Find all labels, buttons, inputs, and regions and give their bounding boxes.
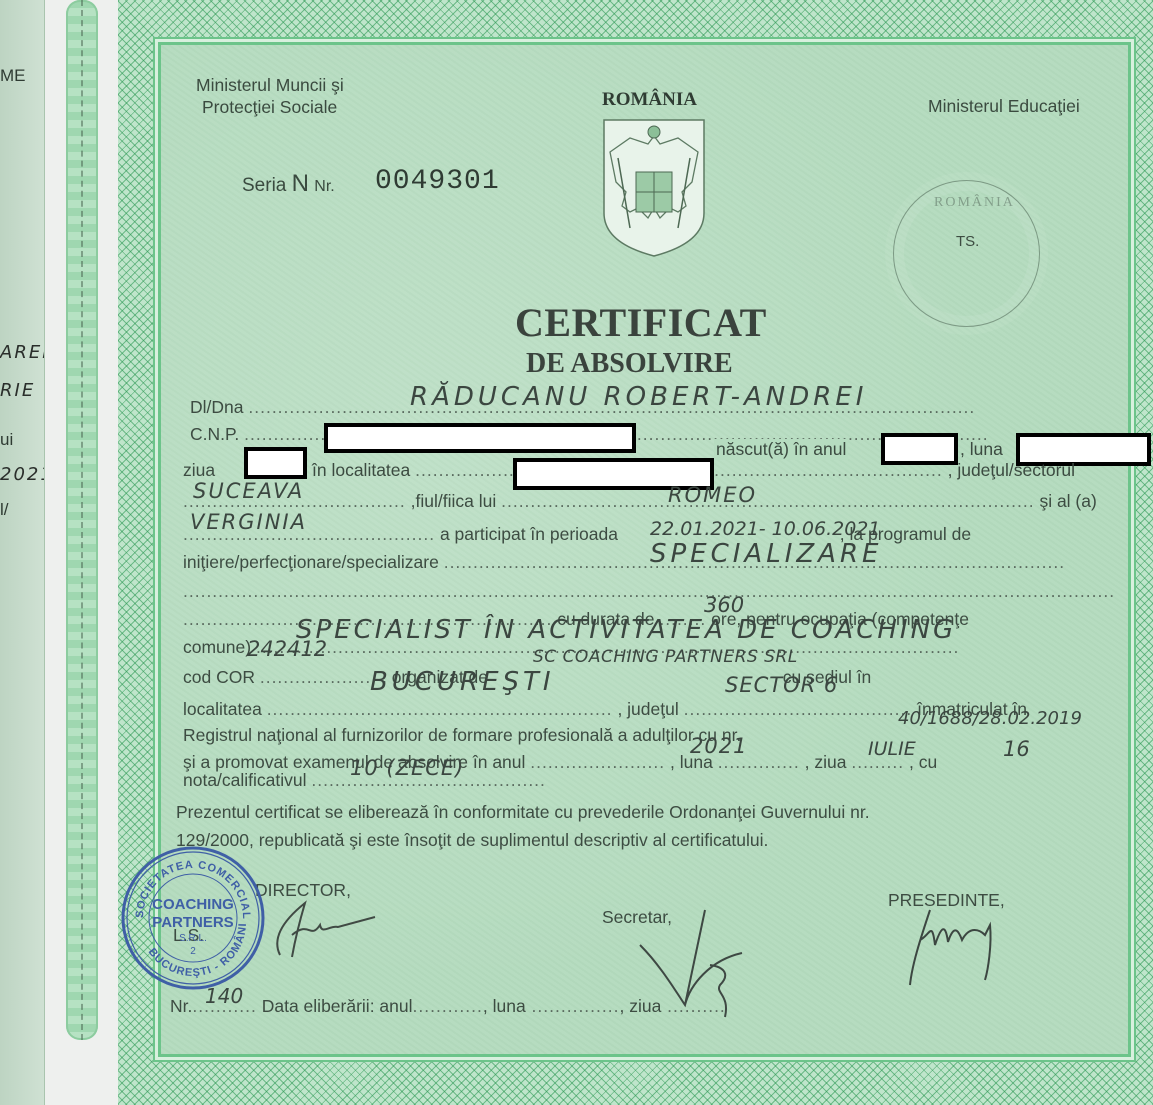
exam-year-value: 2021 [690,734,747,758]
common-label: comune) [183,637,251,657]
legal-line-1: Prezentul certificat se eliberează în co… [176,802,1101,823]
child-of-label: ,fiul/fiica lui [411,491,497,511]
born-year-label: născut(ă) în anul [714,439,848,460]
grade-label: nota/calificativul [183,770,307,790]
row-parents: ...................................... ,… [183,491,1108,512]
cor-value: 242412 [247,637,327,661]
locality-label: în localitatea [312,460,410,480]
occupation-value: SPECIALIST ÎN ACTIVITATEA DE COACHING [296,615,956,645]
father-value: ROMEO [668,483,757,507]
exam-day-label: , ziua [805,752,847,772]
footer-row: Nr............ Data eliberării: anul....… [170,996,726,1017]
fragment-text: l/ [0,500,9,520]
cnp-label: C.N.P. [190,424,239,444]
seal-center-text: TS. [956,233,979,250]
certificate-subtitle: DE ABSOLVIRE [526,348,733,380]
fragment-text: 2021 [0,464,45,485]
ministry-education: Ministerul Educaţiei [928,95,1080,117]
serial-text: Seria [242,175,286,196]
issue-day-label: , ziua [619,996,661,1016]
serial-label: Seria N Nr. [242,170,335,198]
director-signature [250,895,380,965]
ministry-labour-line2: Protecţiei Sociale [196,96,344,118]
name-label: Dl/Dna [190,397,244,417]
stamp-center-line1: COACHING [152,896,234,913]
program-type-value: SPECIALIZARE [650,539,882,569]
company-stamp: SOCIETATEA COMERCIALĂ BUCUREŞTI - ROMÂNI… [118,843,268,993]
issue-month-label: , luna [483,996,526,1016]
county-label: , judeţul/sectorul [948,460,1075,480]
hq-county-label: , judeţul [617,699,678,719]
period-label: a participat în perioada [440,524,618,544]
ministry-labour-line1: Ministerul Muncii şi [196,74,344,96]
coat-of-arms-icon [600,118,708,258]
born-month-label: , luna [960,439,1003,460]
registry-text: Registrul naţional al furnizorilor de fo… [183,725,741,745]
row-grade: nota/calificativul .....................… [183,770,1108,791]
row-period: ........................................… [183,524,1108,545]
cor-label: cod COR [183,667,255,687]
exam-month-value: IULIE [868,738,916,760]
program-type-label: iniţiere/perfecţionare/specializare [183,552,439,572]
fragment-text: ui [0,430,13,450]
fragment-text: AREI [0,342,45,363]
stamp-center-line2: PARTNERS [152,914,233,931]
grade-value: 10 (ZECE) [350,756,464,780]
exam-day-value: 16 [1003,737,1030,761]
serial-nr-label: Nr. [314,178,334,195]
hq-county-value: SECTOR 6 [725,673,838,697]
embossed-seal: ROMÂNIA TS. [893,180,1040,327]
certificate-title: CERTIFICAT [515,299,767,346]
fragment-text: ME [0,66,26,86]
stamp-center-line4: 2 [190,946,196,957]
hq-locality-label: localitatea [183,699,262,719]
ribbon-dashed-line [81,0,83,1040]
president-signature [900,900,1010,990]
mother-value: VERGINIA [190,510,307,534]
row-spacer-dots: ........................................… [183,581,1108,602]
legal-line-2: 129/2000, republicată şi este însoţit de… [176,830,1101,851]
county-value: SUCEAVA [193,479,304,503]
and-of-label: şi al (a) [1039,491,1096,511]
seal-text: ROMÂNIA [934,195,1015,211]
hq-locality-value: BUCUREŞTI [370,667,555,697]
issue-date-label: Data eliberării: anul [262,996,413,1016]
organizer-value: SC COACHING PARTNERS SRL [533,647,798,667]
nr-value: 140 [205,984,243,1008]
duration-value: 360 [704,593,744,617]
adjacent-page-sliver: ME AREI RIE ui 2021 l/ [0,0,45,1105]
nr-label: Nr. [170,996,192,1016]
ministry-labour: Ministerul Muncii şi Protecţiei Sociale [196,74,344,118]
redaction-birth-day [244,447,307,479]
serial-series: N [292,170,309,197]
name-value: RĂDUCANU ROBERT-ANDREI [410,382,867,412]
row-program-type: iniţiere/perfecţionare/specializare ....… [183,552,1108,573]
period-value: 22.01.2021- 10.06.2021 [650,518,880,540]
fragment-text: RIE [0,380,35,401]
serial-number: 0049301 [375,166,500,197]
registry-value: 40/1688/28.02.2019 [898,708,1082,729]
redaction-cnp [324,423,636,453]
stamp-center-line3: S.R.L. [179,933,207,944]
country-heading: ROMÂNIA [602,89,697,111]
row-cor: cod COR .................... , organizat… [183,667,1108,688]
day-label: ziua [183,460,215,480]
